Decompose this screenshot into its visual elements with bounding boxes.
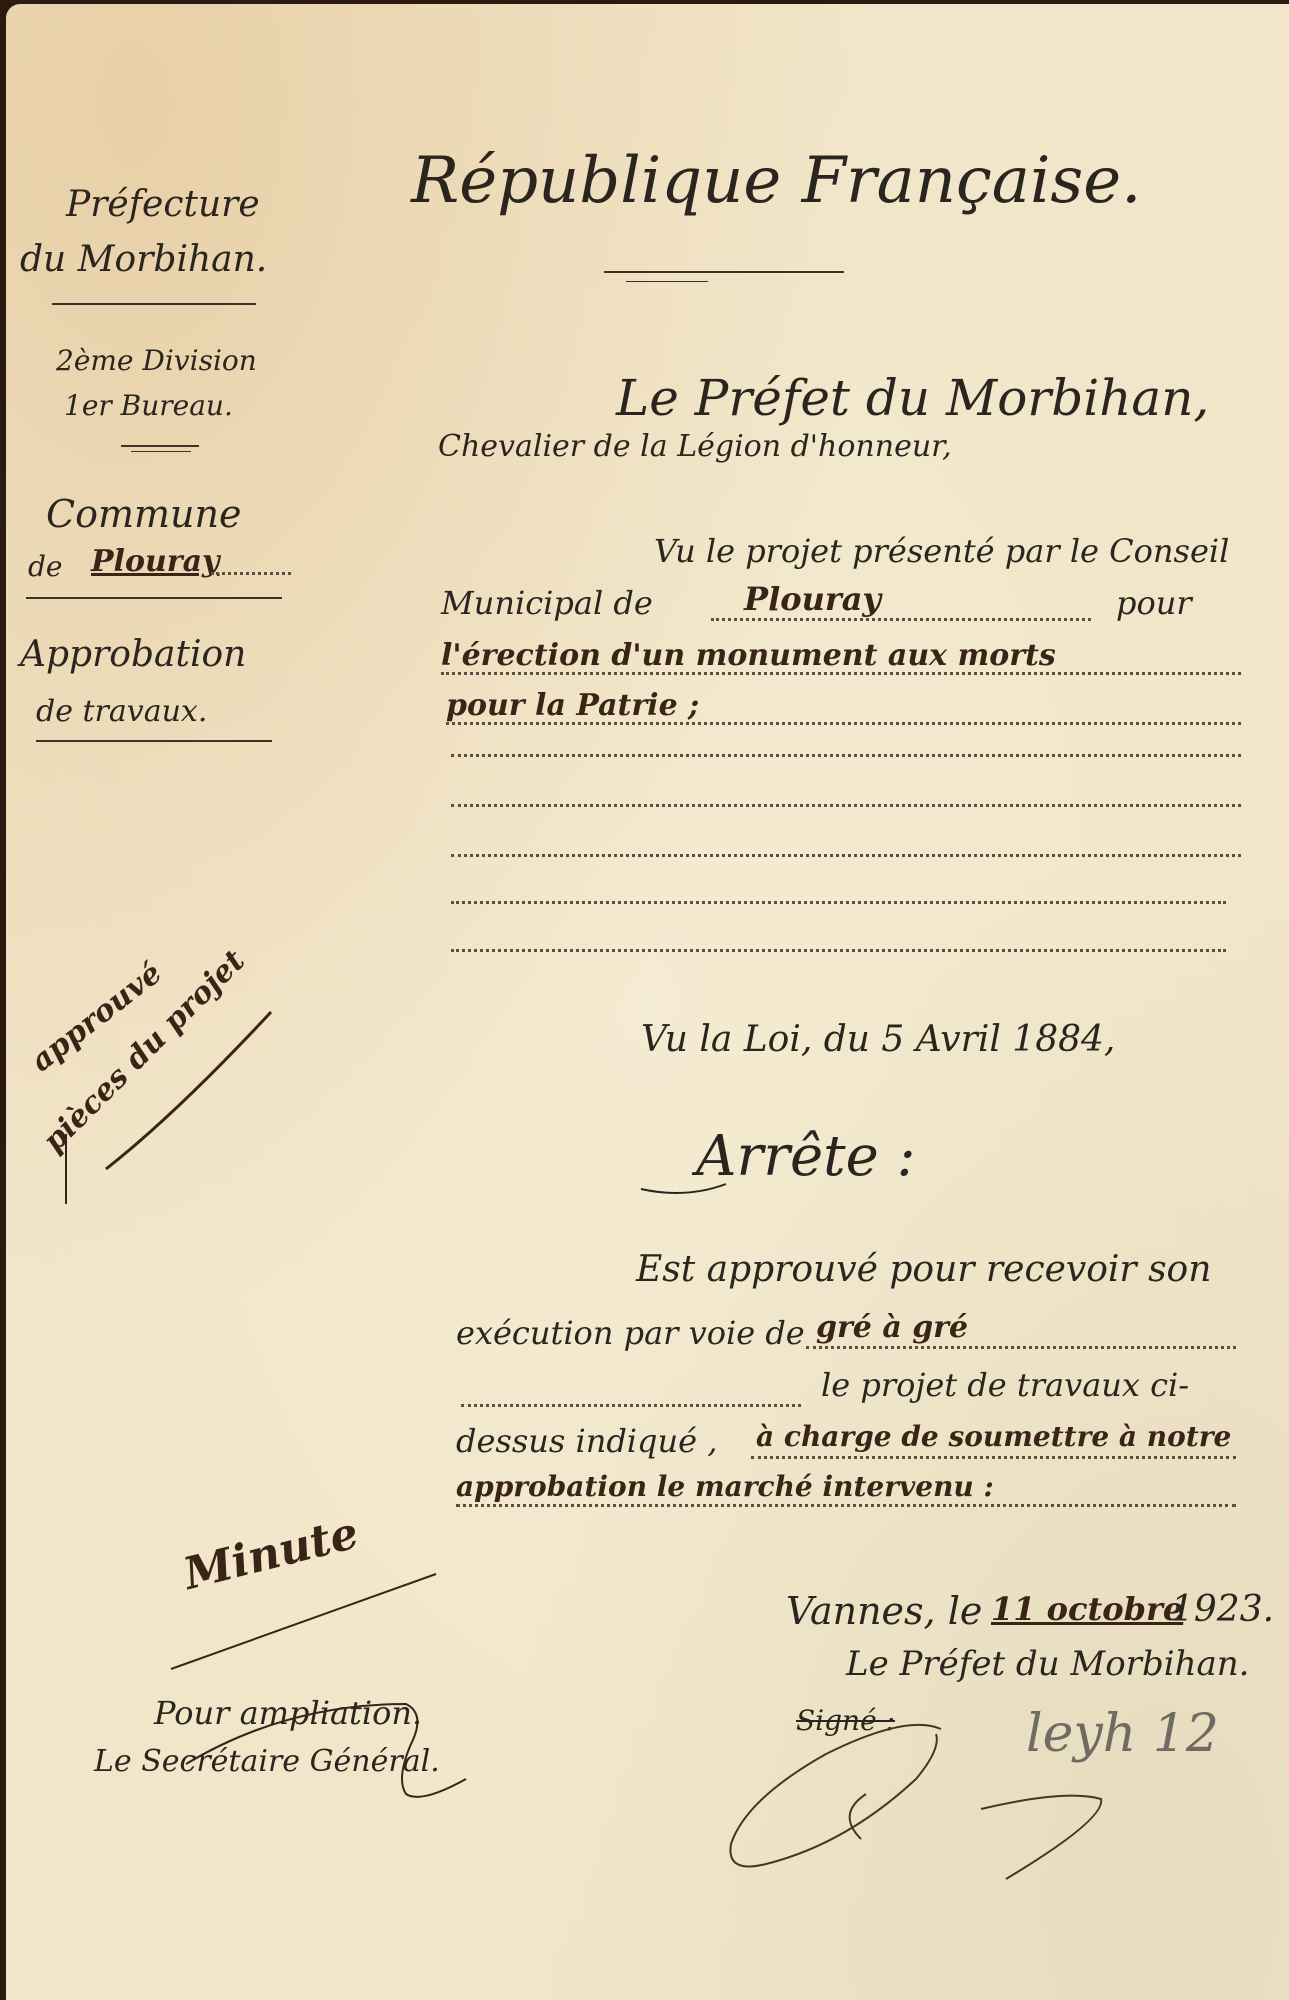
vu-projet-line1: Vu le projet présenté par le Conseil [654, 532, 1229, 570]
article-line5-hand: approbation le marché intervenu : [456, 1470, 994, 1503]
divider [121, 445, 199, 447]
fill-line [451, 754, 1241, 757]
fill-line [451, 901, 1226, 904]
signatory-title: Le Préfet du Morbihan. [846, 1644, 1249, 1684]
date-handwritten: 11 octobre [991, 1590, 1183, 1628]
fill-line [711, 618, 1091, 621]
prefecture-line1: Préfecture [66, 184, 260, 225]
article-line1: Est approuvé pour recevoir son [636, 1249, 1211, 1290]
prefect-signature [706, 1704, 1206, 1964]
purpose-line2: pour la Patrie ; [446, 688, 699, 723]
fill-line [461, 1404, 801, 1407]
division-label: 2ème Division [56, 344, 257, 377]
article-line4-hand: à charge de soumettre à notre [756, 1420, 1231, 1453]
vu-loi: Vu la Loi, du 5 Avril 1884, [641, 1019, 1115, 1060]
authority-title: Chevalier de la Légion d'honneur, [438, 429, 952, 464]
fill-line [451, 804, 1241, 807]
secretary-paraph [166, 1684, 486, 1804]
commune-value: Plouray [91, 544, 219, 579]
divider [36, 740, 272, 742]
document-page: Préfecture du Morbihan. 2ème Division 1e… [6, 4, 1289, 2000]
date-year: 1923. [1171, 1589, 1274, 1630]
article-line4-prefix: dessus indiqué , [456, 1422, 717, 1460]
article-line3: le projet de travaux ci- [821, 1366, 1189, 1404]
vu-projet-commune: Plouray [744, 580, 881, 618]
minute-underline [166, 1534, 466, 1614]
authority-name: Le Préfet du Morbihan, [616, 369, 1209, 427]
fill-line [451, 854, 1241, 857]
fill-line [441, 672, 1241, 675]
title-rule [604, 271, 844, 273]
commune-label: Commune [46, 492, 241, 536]
fill-line [211, 572, 291, 575]
vu-projet-line2-suffix: pour [1116, 584, 1192, 622]
prefecture-line2: du Morbihan. [20, 239, 267, 280]
fill-line [806, 1346, 1236, 1349]
article-method: gré à gré [816, 1310, 968, 1345]
page-title: République Française. [411, 144, 1141, 218]
divider [26, 597, 282, 599]
bureau-label: 1er Bureau. [64, 389, 233, 422]
title-rule [626, 281, 708, 282]
fill-line [456, 1504, 1236, 1507]
divider [131, 451, 191, 452]
fill-line [451, 949, 1226, 952]
fill-line [446, 722, 1241, 725]
divider [52, 303, 256, 305]
arrete-flourish [636, 1164, 836, 1204]
article-line2-prefix: exécution par voie de [456, 1314, 805, 1352]
vu-projet-line2-prefix: Municipal de [441, 584, 653, 622]
purpose-line1: l'érection d'un monument aux morts [441, 638, 1056, 673]
margin-note-underline [26, 954, 306, 1214]
subject-line2: de travaux. [36, 694, 207, 729]
subject-line1: Approbation [20, 634, 246, 675]
place-prefix: Vannes, le [786, 1589, 982, 1633]
fill-line [751, 1456, 1236, 1459]
commune-prefix: de [28, 550, 63, 583]
